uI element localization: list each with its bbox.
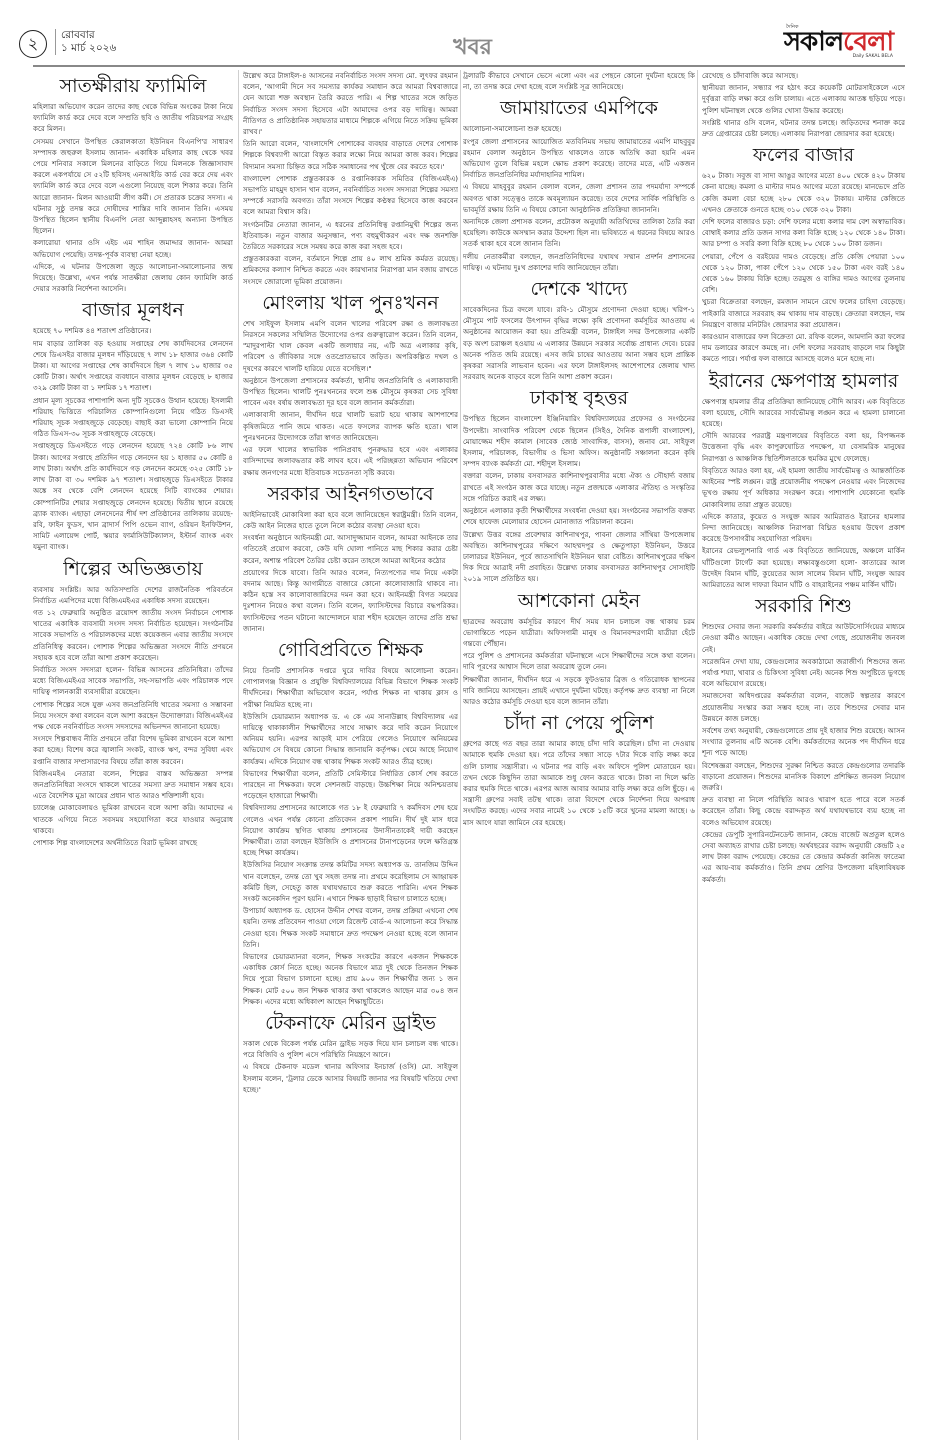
article-paragraph: আইনিভাবেই মোকাবিলা করা হবে বলে জানিয়েছে… [243,509,458,531]
article-paragraph: শিক্ষার্থীরা জানান, দীর্ঘদিন ধরে এ সড়কে… [463,674,695,708]
article-headline[interactable]: বাজার মূলধন [33,297,233,323]
article-paragraph: বিশেষজ্ঞরা বলছেন, শিশুদের সুরক্ষা নিশ্চি… [702,760,905,794]
article-paragraph: সংশ্লিষ্ট থানার ওসি বলেন, ঘটনার তদন্ত চল… [702,117,905,139]
article-paragraph: দেশি ফলের বাজারও চড়া: দেশি ফলের মধ্যে ক… [702,216,905,250]
article-paragraph: বিভাগের চেয়ারম্যানরা বলেন, শিক্ষক সংকটে… [243,951,458,1007]
article-paragraph: ৬২০ টাকা। সবুজ বা সাদা আঙুর আগের মতো ৪০০… [702,170,905,215]
article-paragraph: সংসদে শিল্পবান্ধব নীতি প্রণয়নে তাঁরা বি… [33,733,233,767]
article-paragraph: সৌদি আরবের পররাষ্ট্র মন্ত্রণালয়ের বিবৃত… [702,430,905,464]
article: ট্রলারটি কীভাবে সেখানে ভেসে এলো এবং এর প… [463,70,695,92]
article-paragraph: গত ১২ ফেব্রুয়ারি অনুষ্ঠিত ত্রয়োদশ জাতী… [33,607,233,663]
article: সাতক্ষীরায় ফ্যামিলিমহিলারা অভিযোগ করেন … [33,73,233,294]
article-paragraph: প্রধান মূল্য সূচকের পাশাপাশি অন্য দুটি স… [33,395,233,440]
article-paragraph: গ্রুপের কাছে গত বছর তারা আমার কাছে চাঁদা… [463,738,695,828]
article-headline[interactable]: চাঁদা না পেয়ে পুলিশ [463,710,695,736]
article-paragraph: চ্যালেঞ্জ মোকাবেলায়ও ভূমিকা রাখবেন বলে … [33,802,233,836]
article-headline[interactable]: সাতক্ষীরায় ফ্যামিলি [33,73,233,99]
article: গোবিপ্রবিতে শিক্ষকনিয়ে তিনটি প্রশাসনিক … [243,637,458,1007]
article-paragraph: বিভাগের শিক্ষার্থীরা বলেন, প্রতিটি সেমিস… [243,768,458,802]
article-paragraph: আলোচনা-সমালোচনা শুরু হয়েছে। [463,123,695,134]
article-paragraph: নিয়ে তিনটি প্রশাসনিক দপ্তরে ঘুরে দাবির … [243,665,458,710]
logo-wordmark: সকালবেলা [784,28,893,56]
article-headline[interactable]: ইরানের ক্ষেপণাস্ত্র হামলার [702,368,905,394]
article-paragraph: শিশুদের সেবার জন্য সরকারি কর্মকর্তার বাই… [702,621,905,655]
article-paragraph: সকাল থেকে বিকেল পর্যন্ত মেরিন ড্রাইভ সড়… [243,1038,458,1060]
article: সরকারি শিশুশিশুদের সেবার জন্য সরকারি কর্… [702,593,905,885]
article-paragraph: দ্রুত ব্যবস্থা না নিলে পরিস্থিতি আরও খার… [702,794,905,828]
article-paragraph: হয়েছে ৭০ দশমিক ৪৪ শতাংশ প্রতিষ্ঠানের। [33,325,233,336]
article-paragraph: বাংলাদেশ পোশাক প্রস্তুতকারক ও রপ্তানিকার… [243,173,458,218]
article-paragraph: সপ্তাহজুড়ে ডিএসইতে গড়ে লেনদেন হয়েছে ৭… [33,440,233,552]
article: বাজার মূলধনহয়েছে ৭০ দশমিক ৪৪ শতাংশ প্রত… [33,297,233,552]
article-headline[interactable]: জামায়াতের এমপিকে [463,95,695,121]
article: ঢাকাস্থ বৃহত্তরউপস্থিত ছিলেন বাংলাদেশ ইঞ… [463,385,695,584]
article-paragraph: দলীয় নেতাকর্মীরা বলছেন, জনপ্রতিনিধিদের … [463,251,695,273]
article-paragraph: সর্বশেষ তথ্য অনুযায়ী, কেন্দ্রগুলোতে প্র… [702,725,905,759]
article-paragraph: অনুষ্ঠানে এলাকার কৃতী শিক্ষার্থীদের সংবর… [463,505,695,527]
article-paragraph: বিবৃতিতে আরও বলা হয়, এই হামলা জাতীয় সা… [702,465,905,510]
article-paragraph: পোশাক শিল্প বাংলাদেশের অর্থনীতিতে বিরাট … [33,837,233,848]
article-paragraph: বক্তারা বলেন, ঢাকায় বসবাসরত কাশিনাথপুরব… [463,470,695,504]
article-paragraph: কারওয়ান বাজারের ফল বিক্রেতা মো. রফিক বল… [702,331,905,365]
article: সরকার আইনগতভাবেআইনিভাবেই মোকাবিলা করা হব… [243,481,458,566]
column-2: উল্লেখ করে টাঙ্গাইল-৪ আসনের নবনির্বাচিত … [243,70,458,1445]
column-4: রেখেছে ও চাঁদাবাজি করে আসছে।স্থানীয়রা জ… [702,70,905,1445]
article-headline[interactable]: ঢাকাস্থ বৃহত্তর [463,385,695,411]
article-paragraph: মহিলারা অভিযোগ করেন তাদের কাছ থেকে বিভিন… [33,101,233,135]
article-paragraph: নির্বাচিত সংসদ সদস্যরা হলেন- বিভিন্ন আসন… [33,664,233,698]
article-headline[interactable]: শিল্পের অভিজ্ঞতায় [33,556,233,582]
article-paragraph: ইরানের রেভল্যুশনারি গার্ড এক বিবৃতিতে জা… [702,545,905,590]
article-paragraph: রংপুর জেলা প্রশাসনের আয়োজিত মতবিনিময় স… [463,136,695,181]
article: আশকোনা মেইনছাত্রদের অবরোধ কর্মসূচির কারণ… [463,588,695,708]
article: প্রয়োগের দিকে যাবো। তিনি আরও বলেন, নিত্… [243,567,458,634]
article-paragraph: উপস্থিত ছিলেন বাংলাদেশ ইঞ্জিনিয়ারিং বিশ… [463,413,695,469]
article-paragraph: এর ফলে খালের স্বাভাবিক পানিপ্রবাহ পুনরুদ… [243,444,458,478]
newspaper-logo: দৈনিক সকালবেলা Daily SAKAL BELA [784,28,893,56]
article: চাঁদা না পেয়ে পুলিশগ্রুপের কাছে গত বছর … [463,710,695,828]
article: জামায়াতের এমপিকেআলোচনা-সমালোচনা শুরু হয… [463,95,695,273]
article: দেশকে খাদ্যেসাবেকদিনের চিত্র বদলে যাবে। … [463,276,695,382]
article-paragraph: ক্ষেপণাস্ত্র হামলার তীব্র প্রতিক্রিয়া জ… [702,396,905,430]
article-headline[interactable]: মোংলায় খাল পুনঃখনন [243,290,458,316]
article-headline[interactable]: সরকার আইনগতভাবে [243,481,458,507]
article-paragraph: উল্লেখ করে টাঙ্গাইল-৪ আসনের নবনির্বাচিত … [243,70,458,137]
article-paragraph: বিজিএমইএ নেতারা বলেন, শিল্পের বাস্তব অভি… [33,768,233,802]
article-paragraph: ইউজিসির নিয়োগ সংক্রান্ত তদন্ত কমিটির সদ… [243,859,458,904]
article-paragraph: এ বিষয়ে টেকনাফ মডেল থানার অফিসার ইনচার্… [243,1061,458,1095]
article-paragraph: পোশাক শিল্পের সঙ্গে যুক্ত এসব জনপ্রতিনিধ… [33,699,233,733]
article-headline[interactable]: ফলের বাজার [702,142,905,168]
article-paragraph: রেখেছে ও চাঁদাবাজি করে আসছে। [702,70,905,81]
article-paragraph: এদিকে কাতার, কুয়েত ও সংযুক্ত আরব আমিরাত… [702,511,905,545]
article-paragraph: ছাত্রদের অবরোধ কর্মসূচির কারণে দীর্ঘ সময… [463,616,695,650]
article-headline[interactable]: আশকোনা মেইন [463,588,695,614]
article: রেখেছে ও চাঁদাবাজি করে আসছে।স্থানীয়রা জ… [702,70,905,139]
article: টেকনাফে মেরিন ড্রাইভসকাল থেকে বিকেল পর্য… [243,1010,458,1095]
article-paragraph: ব্যবসায় সংশ্লিষ্ট। আর অতিসম্প্রতি দেশের… [33,584,233,606]
article-paragraph: তিনি আরো বলেন, 'বাংলাদেশি পোশাকের ব্যবহা… [243,138,458,172]
article-paragraph: কলারোয়া থানার ওসি এইচ এম শাহিন জমাদ্দার… [33,237,233,259]
article-paragraph: বিশ্ববিদ্যালয় প্রশাসনের আলোকে গত ১৮ ই ফ… [243,802,458,858]
article-paragraph: সংগঠনটির নেতারা জানান, এ ধরনের প্রতিনিধি… [243,219,458,253]
article-paragraph: ট্রলারটি কীভাবে সেখানে ভেসে এলো এবং এর প… [463,70,695,92]
logo-subtitle: Daily SAKAL BELA [853,54,893,59]
article-paragraph: এলাকাবাসী জানান, দীর্ঘদিন ধরে খালটি ভরাট… [243,409,458,443]
article-paragraph: প্রস্তুতকারকরা বলেন, বর্তমানে শিল্পে প্র… [243,253,458,287]
article-paragraph: সমাজসেবা অধিদপ্তরের কর্মকর্তারা বলেন, বা… [702,690,905,724]
article-paragraph: অনুষ্ঠানে উপজেলা প্রশাসনের কর্মকর্তা, স্… [243,375,458,409]
article-paragraph: সাবেকদিনের চিত্র বদলে যাবে। রবি-১ মৌসুমে… [463,304,695,382]
article-paragraph: পরে পুলিশ ও প্রশাসনের কর্মকর্তারা ঘটনাস্… [463,650,695,672]
article-headline[interactable]: টেকনাফে মেরিন ড্রাইভ [243,1010,458,1036]
header-rule [33,65,905,67]
article-paragraph: উপাচার্য অধ্যাপক ড. হোসেন উদ্দীন শেখর বল… [243,905,458,950]
article: ফলের বাজার৬২০ টাকা। সবুজ বা সাদা আঙুর আগ… [702,142,905,364]
article-paragraph: সংবর্ধনা অনুষ্ঠানে আইনমন্ত্রী মো. আসাদুজ… [243,532,458,566]
article: শিল্পের অভিজ্ঞতায়ব্যবসায় সংশ্লিষ্ট। আর… [33,556,233,849]
article: উল্লেখ করে টাঙ্গাইল-৪ আসনের নবনির্বাচিত … [243,70,458,287]
article-paragraph: এদিকে, এ ঘটনার উপজেলা জুড়ে আলোচনা-সমালো… [33,261,233,295]
article-paragraph: এ বিষয়ে মাহবুবুর রহমান বেলাল বলেন, জেলা… [463,181,695,215]
article-paragraph: দাম বাড়ার তালিকা বড় হওয়ায় সপ্তাহের শ… [33,338,233,394]
page-header: ২ রোববার ১ মার্চ ২০২৬ খবর দৈনিক সকালবেলা… [0,0,945,60]
article-paragraph: ইউজিসি চেয়ারম্যান অধ্যাপক ড. এ কে এম সা… [243,711,458,767]
article: মোংলায় খাল পুনঃখননশেখ সাইফুল ইসলাম এমপি… [243,290,458,478]
column-3: ট্রলারটি কীভাবে সেখানে ভেসে এলো এবং এর প… [463,70,695,1445]
article-headline[interactable]: গোবিপ্রবিতে শিক্ষক [243,637,458,663]
article-paragraph: খুচরা বিক্রেতারা বলছেন, রমজান সামনে রেখে… [702,296,905,330]
article-paragraph: সরেজমিন দেখা যায়, কেন্দ্রগুলোর অবকাঠামো… [702,656,905,690]
article-paragraph: শেখ সাইফুল ইসলাম এমপি বলেন খালের পরিবেশ … [243,318,458,374]
article: ইরানের ক্ষেপণাস্ত্র হামলারক্ষেপণাস্ত্র হ… [702,368,905,590]
article-paragraph: পেয়ারা, পেঁপে ও বরইয়ের দামও বেড়েছে। প… [702,251,905,296]
logo-part-2: বেলা [843,27,893,57]
article-paragraph: অন্যদিকে জেলা প্রশাসক বলেন, প্রটোকল অনুয… [463,216,695,250]
article-columns: সাতক্ষীরায় ফ্যামিলিমহিলারা অভিযোগ করেন … [33,70,905,1445]
article-paragraph: কেন্দ্রের ডেপুটি সুপারিনটেনডেন্ট জানান, … [702,829,905,885]
article-paragraph: প্রয়োগের দিকে যাবো। তিনি আরও বলেন, নিত্… [243,567,458,634]
article-headline[interactable]: সরকারি শিশু [702,593,905,619]
logo-prefix: দৈনিক [786,24,799,32]
article-paragraph: উল্লেখ্য উত্তর বঙ্গের প্রবেশদ্বার কাশিনা… [463,529,695,585]
article-paragraph: স্থানীয়রা জানান, সন্ধ্যার পর হঠাৎ করে ক… [702,82,905,116]
article-paragraph: সেসময় সেখানে উপস্থিত কেরালকাতা ইউনিয়ন … [33,136,233,237]
column-1: সাতক্ষীরায় ফ্যামিলিমহিলারা অভিযোগ করেন … [33,70,233,1445]
article-headline[interactable]: দেশকে খাদ্যে [463,276,695,302]
